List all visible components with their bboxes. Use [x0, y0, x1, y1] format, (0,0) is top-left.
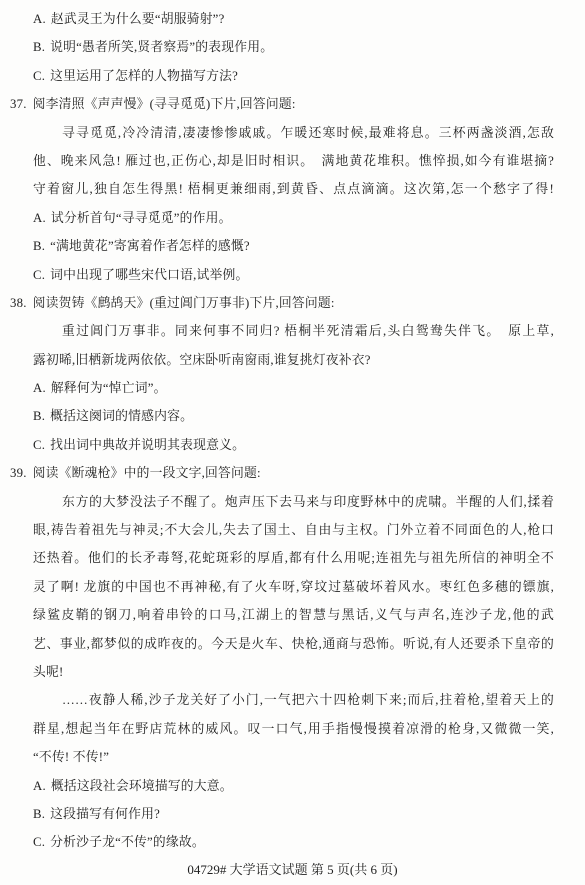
poem-line: 重过阊门万事非。同来何事不同归? 梧桐半死清霜后,头白鸳鸯失伴飞。 原上草, — [33, 317, 554, 345]
passage-line: 头呢! — [33, 658, 554, 686]
passage-line: 艺、事业,都梦似的成昨夜的。今天是火车、快枪,通商与恐怖。听说,有人还要杀下皇帝… — [33, 630, 554, 658]
question-38-option-c: C.找出词中典故并说明其表现意义。 — [0, 431, 585, 459]
option-text: 概括这段社会环境描写的大意。 — [51, 779, 233, 793]
question-38-header: 38.阅读贺铸《鹧鸪天》(重过阊门万事非)下片,回答问题: — [0, 289, 585, 317]
poem-line: 他、晚来风急! 雁过也,正伤心,却是旧时相识。 满地黄花堆积。憔悴损,如今有谁堪… — [33, 147, 554, 175]
option-text: 这段描写有何作用? — [50, 807, 160, 821]
question-38-option-b: B.概括这阕词的情感内容。 — [0, 402, 585, 430]
poem-line: 寻寻觅觅,冷冷清清,凄凄惨惨戚戚。乍暖还寒时候,最难将息。三杯两盏淡酒,怎敌 — [33, 119, 554, 147]
passage-line: “不传! 不传!” — [33, 743, 554, 771]
question-number: 39. — [10, 466, 27, 480]
question-39-option-a: A.概括这段社会环境描写的大意。 — [0, 772, 585, 800]
question-prompt: 阅读《断魂枪》中的一段文字,回答问题: — [33, 466, 261, 480]
option-label: C. — [33, 69, 45, 83]
passage-line: 灵了啊! 龙旗的中国也不再神秘,有了火车呀,穿坟过墓破坏着风水。枣红色多穗的镖旗… — [33, 573, 554, 601]
option-label: C. — [33, 268, 45, 282]
question-37-option-a: A.试分析首句“寻寻觅觅”的作用。 — [0, 204, 585, 232]
question-prompt: 阅读贺铸《鹧鸪天》(重过阊门万事非)下片,回答问题: — [33, 296, 335, 310]
question-37-header: 37.阅李清照《声声慢》(寻寻觅觅)下片,回答问题: — [0, 90, 585, 118]
option-label: A. — [33, 381, 46, 395]
option-text: 说明“愚者所笑,贤者察焉”的表现作用。 — [50, 40, 273, 54]
question-39-header: 39.阅读《断魂枪》中的一段文字,回答问题: — [0, 459, 585, 487]
exam-paper-page: A.赵武灵王为什么要“胡服骑射”? B.说明“愚者所笑,贤者察焉”的表现作用。 … — [0, 0, 585, 885]
option-label: B. — [33, 40, 45, 54]
option-text: 解释何为“悼亡词”。 — [51, 381, 167, 395]
option-text: 赵武灵王为什么要“胡服骑射”? — [51, 12, 225, 26]
option-text: “满地黄花”寄寓着作者怎样的感慨? — [50, 239, 250, 253]
option-label: A. — [33, 779, 46, 793]
question-39-option-c: C.分析沙子龙“不传”的缘故。 — [0, 828, 585, 856]
option-label: B. — [33, 409, 45, 423]
option-text: 找出词中典故并说明其表现意义。 — [50, 438, 245, 452]
option-text: 这里运用了怎样的人物描写方法? — [50, 69, 238, 83]
question-number: 37. — [10, 97, 27, 111]
footer-page-info: 04729# 大学语文试题 第 5 页(共 6 页) — [0, 858, 585, 882]
question-36-option-b: B.说明“愚者所笑,贤者察焉”的表现作用。 — [0, 33, 585, 61]
question-37-option-c: C.词中出现了哪些宋代口语,试举例。 — [0, 261, 585, 289]
option-label: B. — [33, 807, 45, 821]
question-39-option-b: B.这段描写有何作用? — [0, 800, 585, 828]
option-text: 试分析首句“寻寻觅觅”的作用。 — [51, 211, 232, 225]
passage-line: 东方的大梦没法子不醒了。炮声压下去马来与印度野林中的虎啸。半醒的人们,揉着 — [33, 488, 554, 516]
passage-line: 还热着。他们的长矛毒弩,花蛇斑彩的厚盾,都有什么用呢;连祖先与祖先所信的神明全不 — [33, 544, 554, 572]
option-text: 概括这阕词的情感内容。 — [50, 409, 193, 423]
question-37-option-b: B.“满地黄花”寄寓着作者怎样的感慨? — [0, 232, 585, 260]
passage-line: 眼,祷告着祖先与神灵;不大会儿,失去了国土、自由与主权。门外立着不同面色的人,枪… — [33, 516, 554, 544]
question-38-option-a: A.解释何为“悼亡词”。 — [0, 374, 585, 402]
poem-line: 露初晞,旧栖新垅两依依。空床卧听南窗雨,谁复挑灯夜补衣? — [33, 346, 554, 374]
option-label: C. — [33, 835, 45, 849]
passage-line: 绿鲨皮鞘的钢刀,响着串铃的口马,江湖上的智慧与黑话,义气与声名,连沙子龙,他的武 — [33, 601, 554, 629]
question-36-option-a: A.赵武灵王为什么要“胡服骑射”? — [0, 5, 585, 33]
poem-line: 守着窗儿,独自怎生得黑! 梧桐更兼细雨,到黄昏、点点滴滴。这次第,怎一个愁字了得… — [33, 175, 554, 203]
option-text: 词中出现了哪些宋代口语,试举例。 — [50, 268, 248, 282]
question-36-option-c: C.这里运用了怎样的人物描写方法? — [0, 62, 585, 90]
option-label: A. — [33, 211, 46, 225]
option-label: C. — [33, 438, 45, 452]
question-prompt: 阅李清照《声声慢》(寻寻觅觅)下片,回答问题: — [33, 97, 296, 111]
question-number: 38. — [10, 296, 27, 310]
passage-line: 群星,想起当年在野店荒林的威风。叹一口气,用手指慢慢摸着凉滑的枪身,又微微一笑, — [33, 715, 554, 743]
option-text: 分析沙子龙“不传”的缘故。 — [50, 835, 205, 849]
option-label: B. — [33, 239, 45, 253]
passage-line: ……夜静人稀,沙子龙关好了小门,一气把六十四枪刺下来;而后,拄着枪,望着天上的 — [33, 686, 554, 714]
option-label: A. — [33, 12, 46, 26]
